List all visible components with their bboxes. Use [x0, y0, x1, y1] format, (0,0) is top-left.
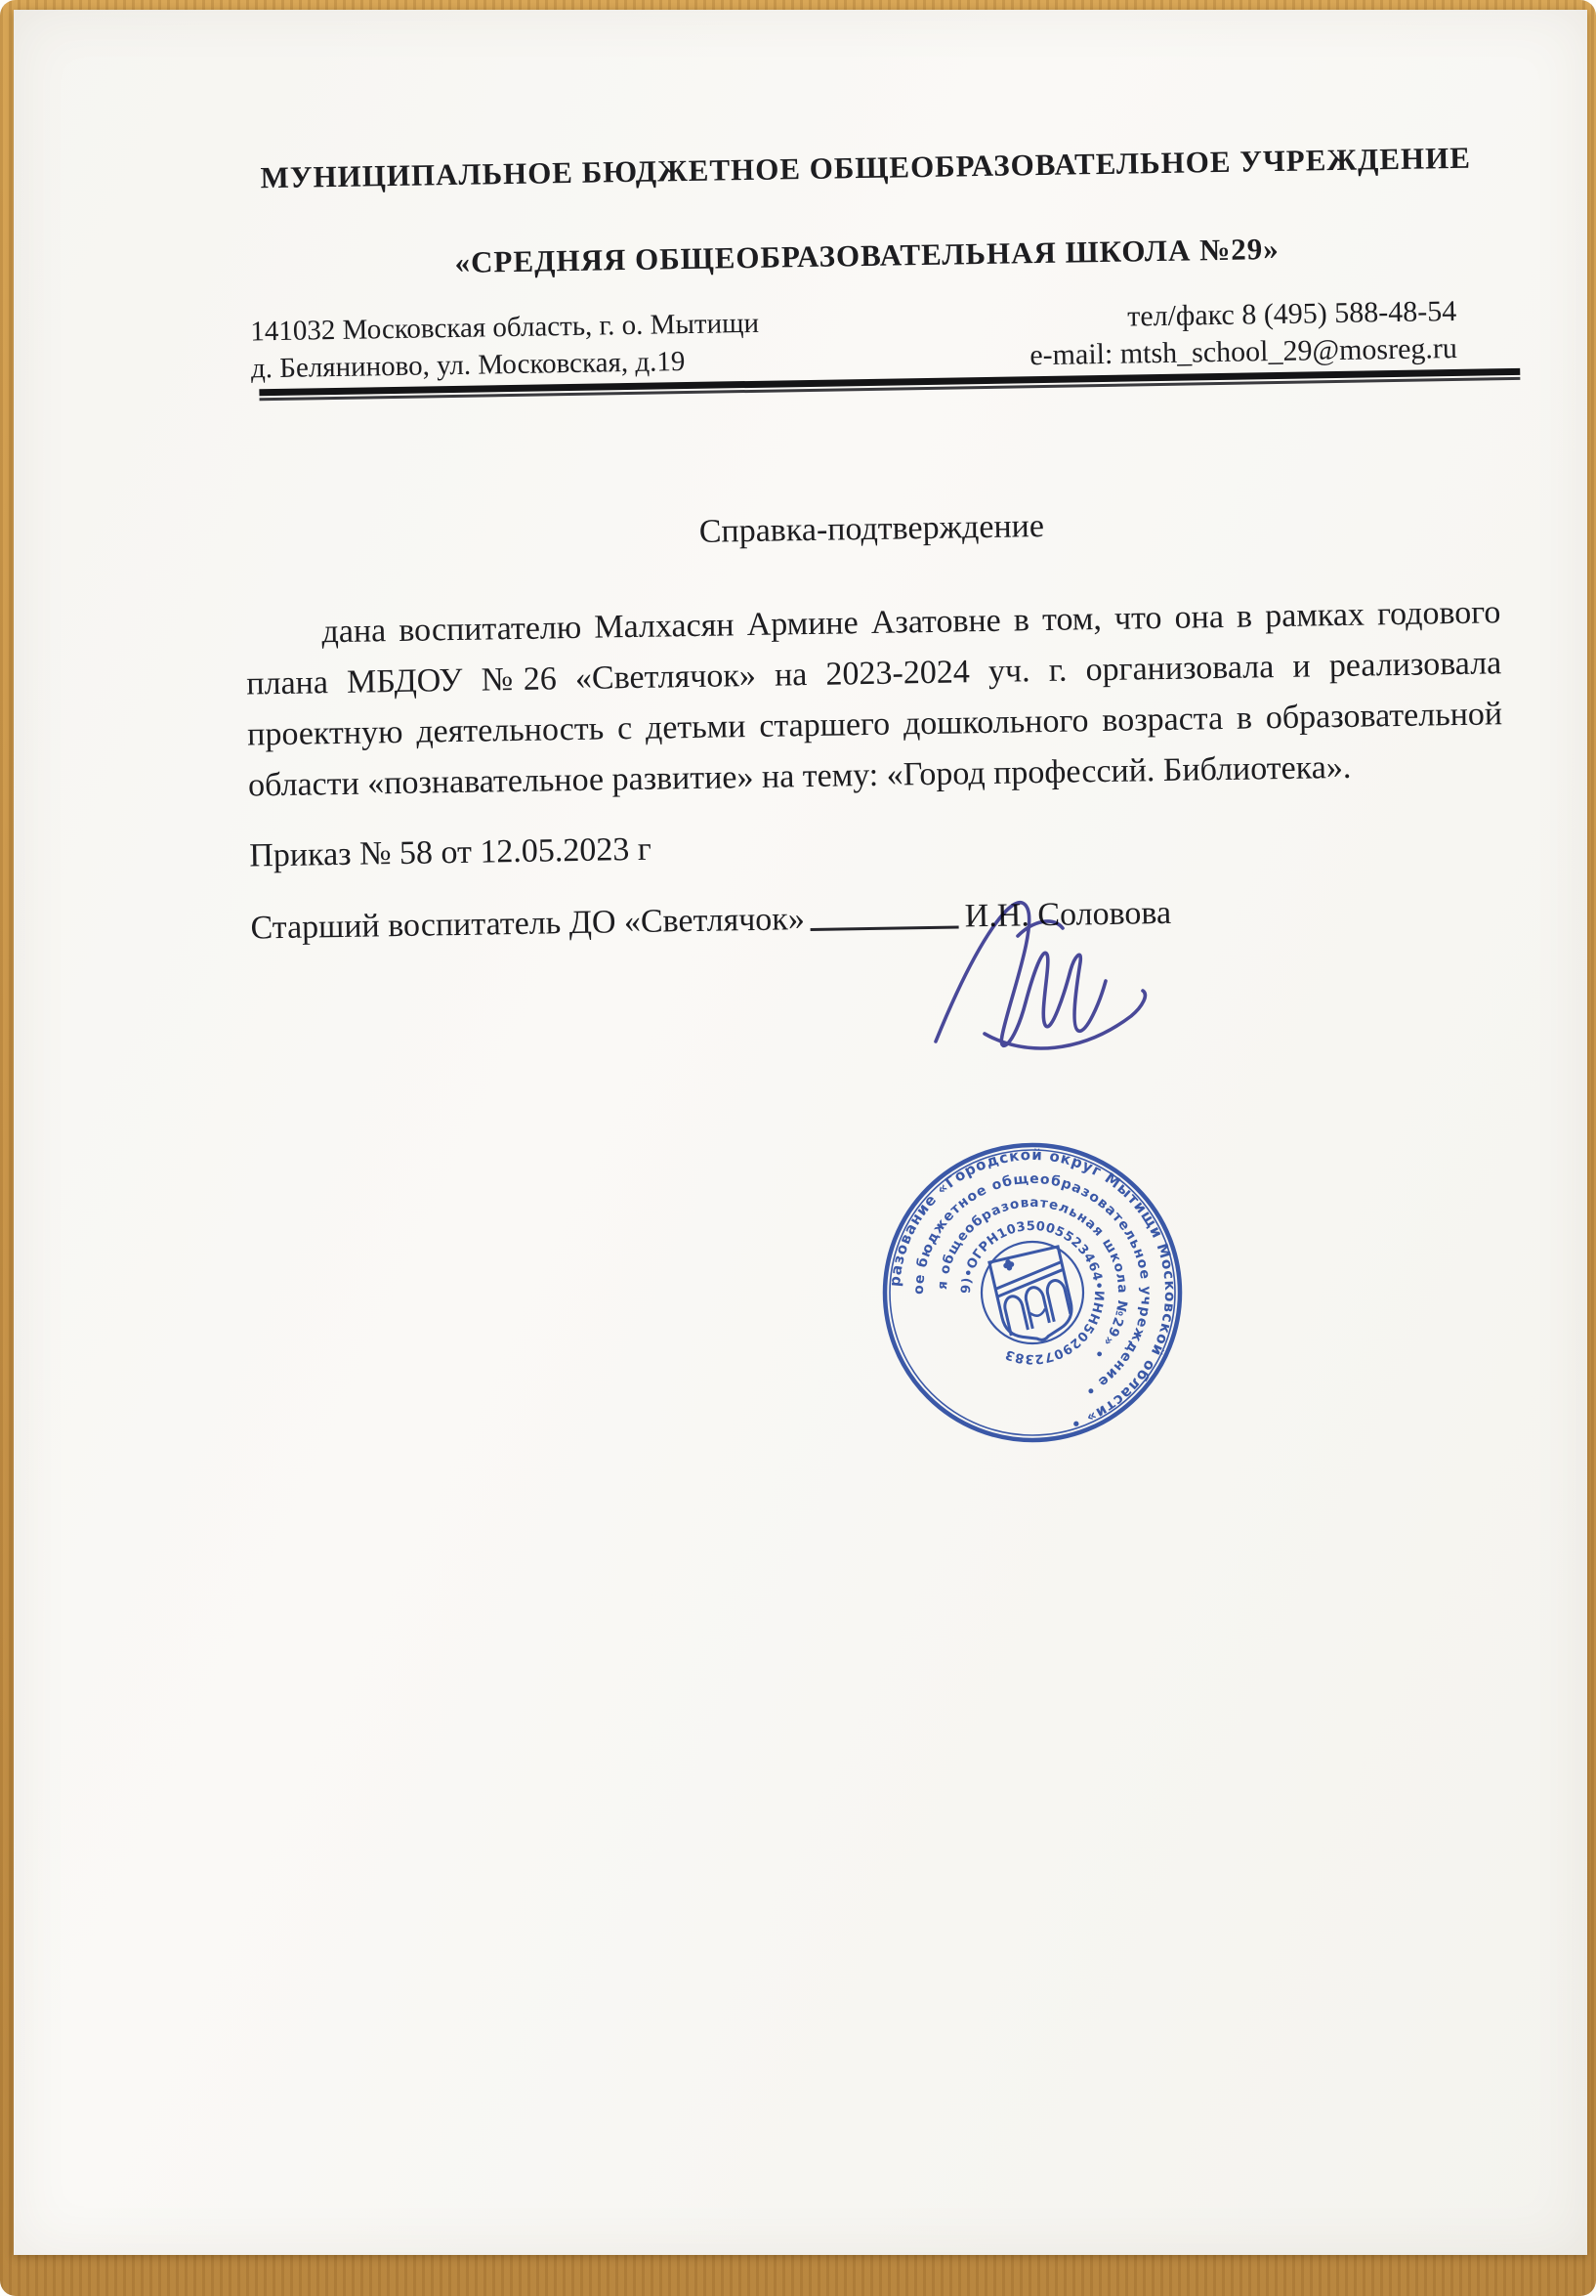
organization-name-line2: «СРЕДНЯЯ ОБЩЕОБРАЗОВАТЕЛЬНАЯ ШКОЛА №29»: [239, 226, 1494, 285]
official-stamp: Муниципальное образование «Городской окр…: [881, 1141, 1184, 1444]
order-reference-line: Приказ № 58 от 12.05.2023 г: [249, 814, 1505, 877]
signature-stroke-tail: [985, 991, 1145, 1048]
organization-name-line1: МУНИЦИПАЛЬНОЕ БЮДЖЕТНОЕ ОБЩЕОБРАЗОВАТЕЛЬ…: [237, 138, 1492, 197]
paper-sheet: МУНИЦИПАЛЬНОЕ БЮДЖЕТНОЕ ОБЩЕОБРАЗОВАТЕЛЬ…: [14, 10, 1587, 2255]
emblem-boat: [1029, 1308, 1046, 1317]
body-paragraph: дана воспитателю Малхасян Армине Азатовн…: [245, 587, 1503, 811]
signer-role: Старший воспитатель ДО «Светлячок»: [250, 898, 805, 950]
letter-content: МУНИЦИПАЛЬНОЕ БЮДЖЕТНОЕ ОБЩЕОБРАЗОВАТЕЛЬ…: [235, 0, 1506, 951]
signature-stroke-main: [936, 903, 1106, 1046]
phone-email-block: тел/факс 8 (495) 588-48-54 e-mail: mtsh_…: [877, 292, 1496, 376]
handwritten-signature: [924, 877, 1197, 1068]
signature-stroke-flourish: [1018, 921, 1063, 936]
address-block: 141032 Московская область, г. о. Мытищи …: [240, 303, 878, 388]
signature-row: Старший воспитатель ДО «Светлячок» И.Н. …: [250, 886, 1506, 950]
document-photo: МУНИЦИПАЛЬНОЕ БЮДЖЕТНОЕ ОБЩЕОБРАЗОВАТЕЛЬ…: [0, 0, 1596, 2296]
document-title: Справка-подтверждение: [244, 497, 1500, 561]
stamp-ring-inner-text: (МБОУ СОШ №29)•ОГРН1035005523464•ИНН5029…: [881, 1141, 1106, 1366]
